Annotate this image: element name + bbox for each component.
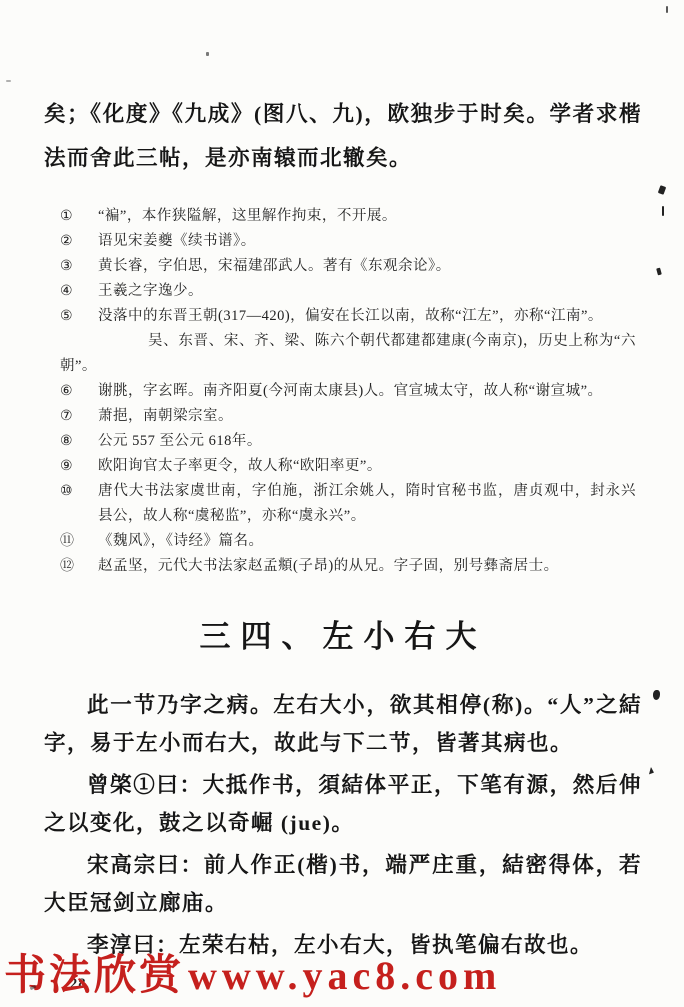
footnote-number: ⑥	[60, 379, 98, 404]
footnote-text: 王羲之字逸少。	[98, 279, 636, 304]
footnote-item: ② 语见宋姜夔《续书谱》。	[60, 229, 636, 254]
ink-speck	[646, 767, 655, 776]
footnote-item: ③ 黄长睿，字伯思，宋福建邵武人。著有《东观余论》。	[60, 254, 636, 279]
footnote-item: ⑥ 谢朓，字玄晖。南齐阳夏(今河南太康县)人。官宣城太守，故人称“谢宣城”。	[60, 379, 636, 404]
footnote-item: ⑤ 没落中的东晋王朝(317—420)，偏安在长江以南，故称“江左”，亦称“江南…	[60, 304, 636, 379]
footnote-text: 公元 557 至公元 618年。	[98, 429, 636, 454]
footnote-text-main: 没落中的东晋王朝(317—420)，偏安在长江以南，故称“江左”，亦称“江南”。	[98, 308, 603, 324]
footnote-text: 没落中的东晋王朝(317—420)，偏安在长江以南，故称“江左”，亦称“江南”。…	[98, 304, 636, 379]
body-paragraph: 宋高宗曰：前人作正(楷)书，端严庄重，結密得体，若大臣冠剑立廊庙。	[44, 846, 642, 922]
book-page: 矣；《化度》《九成》(图八、九)，欧独步于时矣。学者求楷法而舍此三帖，是亦南辕而…	[0, 0, 684, 1007]
ink-speck	[206, 52, 209, 56]
footnote-number: ②	[60, 229, 98, 254]
intro-paragraph: 矣；《化度》《九成》(图八、九)，欧独步于时矣。学者求楷法而舍此三帖，是亦南辕而…	[44, 92, 642, 180]
watermark: 书法欣赏 www.yac8.com	[4, 942, 501, 1002]
footnote-number: ⑧	[60, 429, 98, 454]
footnote-text: 欧阳询官太子率更令，故人称“欧阳率更”。	[98, 454, 636, 479]
footnote-text: 赵孟坚，元代大书法家赵孟頫(子昂)的从兄。字子固，别号彝斋居士。	[98, 554, 636, 579]
footnote-list: ① “褊”，本作狭隘解，这里解作拘束，不开展。 ② 语见宋姜夔《续书谱》。 ③ …	[60, 204, 636, 579]
footnote-number: ④	[60, 279, 98, 304]
footnote-item: ⑦ 萧挹，南朝梁宗室。	[60, 404, 636, 429]
footnote-subtext: 吴、东晋、宋、齐、梁、陈六个朝代都建都建康(今南京)，历史上称为“六朝”。	[60, 329, 636, 379]
section-body: 此一节乃字之病。左右大小，欲其相停(称)。“人”之結字，易于左小而右大，故此与下…	[44, 686, 642, 964]
footnote-text: “褊”，本作狭隘解，这里解作拘束，不开展。	[98, 204, 636, 229]
footnote-item: ⑧ 公元 557 至公元 618年。	[60, 429, 636, 454]
footnote-item: ⑨ 欧阳询官太子率更令，故人称“欧阳率更”。	[60, 454, 636, 479]
footnote-number: ⑩	[60, 479, 98, 529]
body-paragraph: 曾棨①曰：大抵作书，須結体平正，下笔有源，然后伸之以变化，鼓之以奇崛 (jue)…	[44, 766, 642, 842]
footnote-number: ⑨	[60, 454, 98, 479]
section-title: 三四、左小右大	[44, 611, 642, 656]
footnote-text: 黄长睿，字伯思，宋福建邵武人。著有《东观余论》。	[98, 254, 636, 279]
ink-speck	[658, 185, 666, 195]
ink-speck	[662, 206, 664, 216]
footnote-text: 谢朓，字玄晖。南齐阳夏(今河南太康县)人。官宣城太守，故人称“谢宣城”。	[98, 379, 636, 404]
footnote-number: ①	[60, 204, 98, 229]
footnote-item: ① “褊”，本作狭隘解，这里解作拘束，不开展。	[60, 204, 636, 229]
footnote-number: ⑪	[60, 529, 98, 554]
footnote-item: ⑪ 《魏风》，《诗经》篇名。	[60, 529, 636, 554]
footnote-item: ⑩ 唐代大书法家虞世南，字伯施，浙江余姚人，隋时官秘书监，唐贞观中，封永兴县公，…	[60, 479, 636, 529]
footnote-text: 唐代大书法家虞世南，字伯施，浙江余姚人，隋时官秘书监，唐贞观中，封永兴县公，故人…	[98, 479, 636, 529]
ink-speck	[656, 268, 662, 276]
ink-speck	[6, 80, 11, 82]
footnote-number: ⑫	[60, 554, 98, 579]
footnote-number: ⑦	[60, 404, 98, 429]
ink-speck	[666, 6, 668, 13]
footnote-item: ④ 王羲之字逸少。	[60, 279, 636, 304]
footnote-text: 语见宋姜夔《续书谱》。	[98, 229, 636, 254]
footnote-text: 《魏风》，《诗经》篇名。	[98, 529, 636, 554]
watermark-site-url: www.yac8.com	[188, 953, 501, 998]
footnote-text: 萧挹，南朝梁宗室。	[98, 404, 636, 429]
body-paragraph: 此一节乃字之病。左右大小，欲其相停(称)。“人”之結字，易于左小而右大，故此与下…	[44, 686, 642, 762]
watermark-site-name: 书法欣赏	[4, 953, 184, 999]
footnote-number: ③	[60, 254, 98, 279]
footnote-item: ⑫ 赵孟坚，元代大书法家赵孟頫(子昂)的从兄。字子固，别号彝斋居士。	[60, 554, 636, 579]
ink-speck	[653, 690, 660, 700]
